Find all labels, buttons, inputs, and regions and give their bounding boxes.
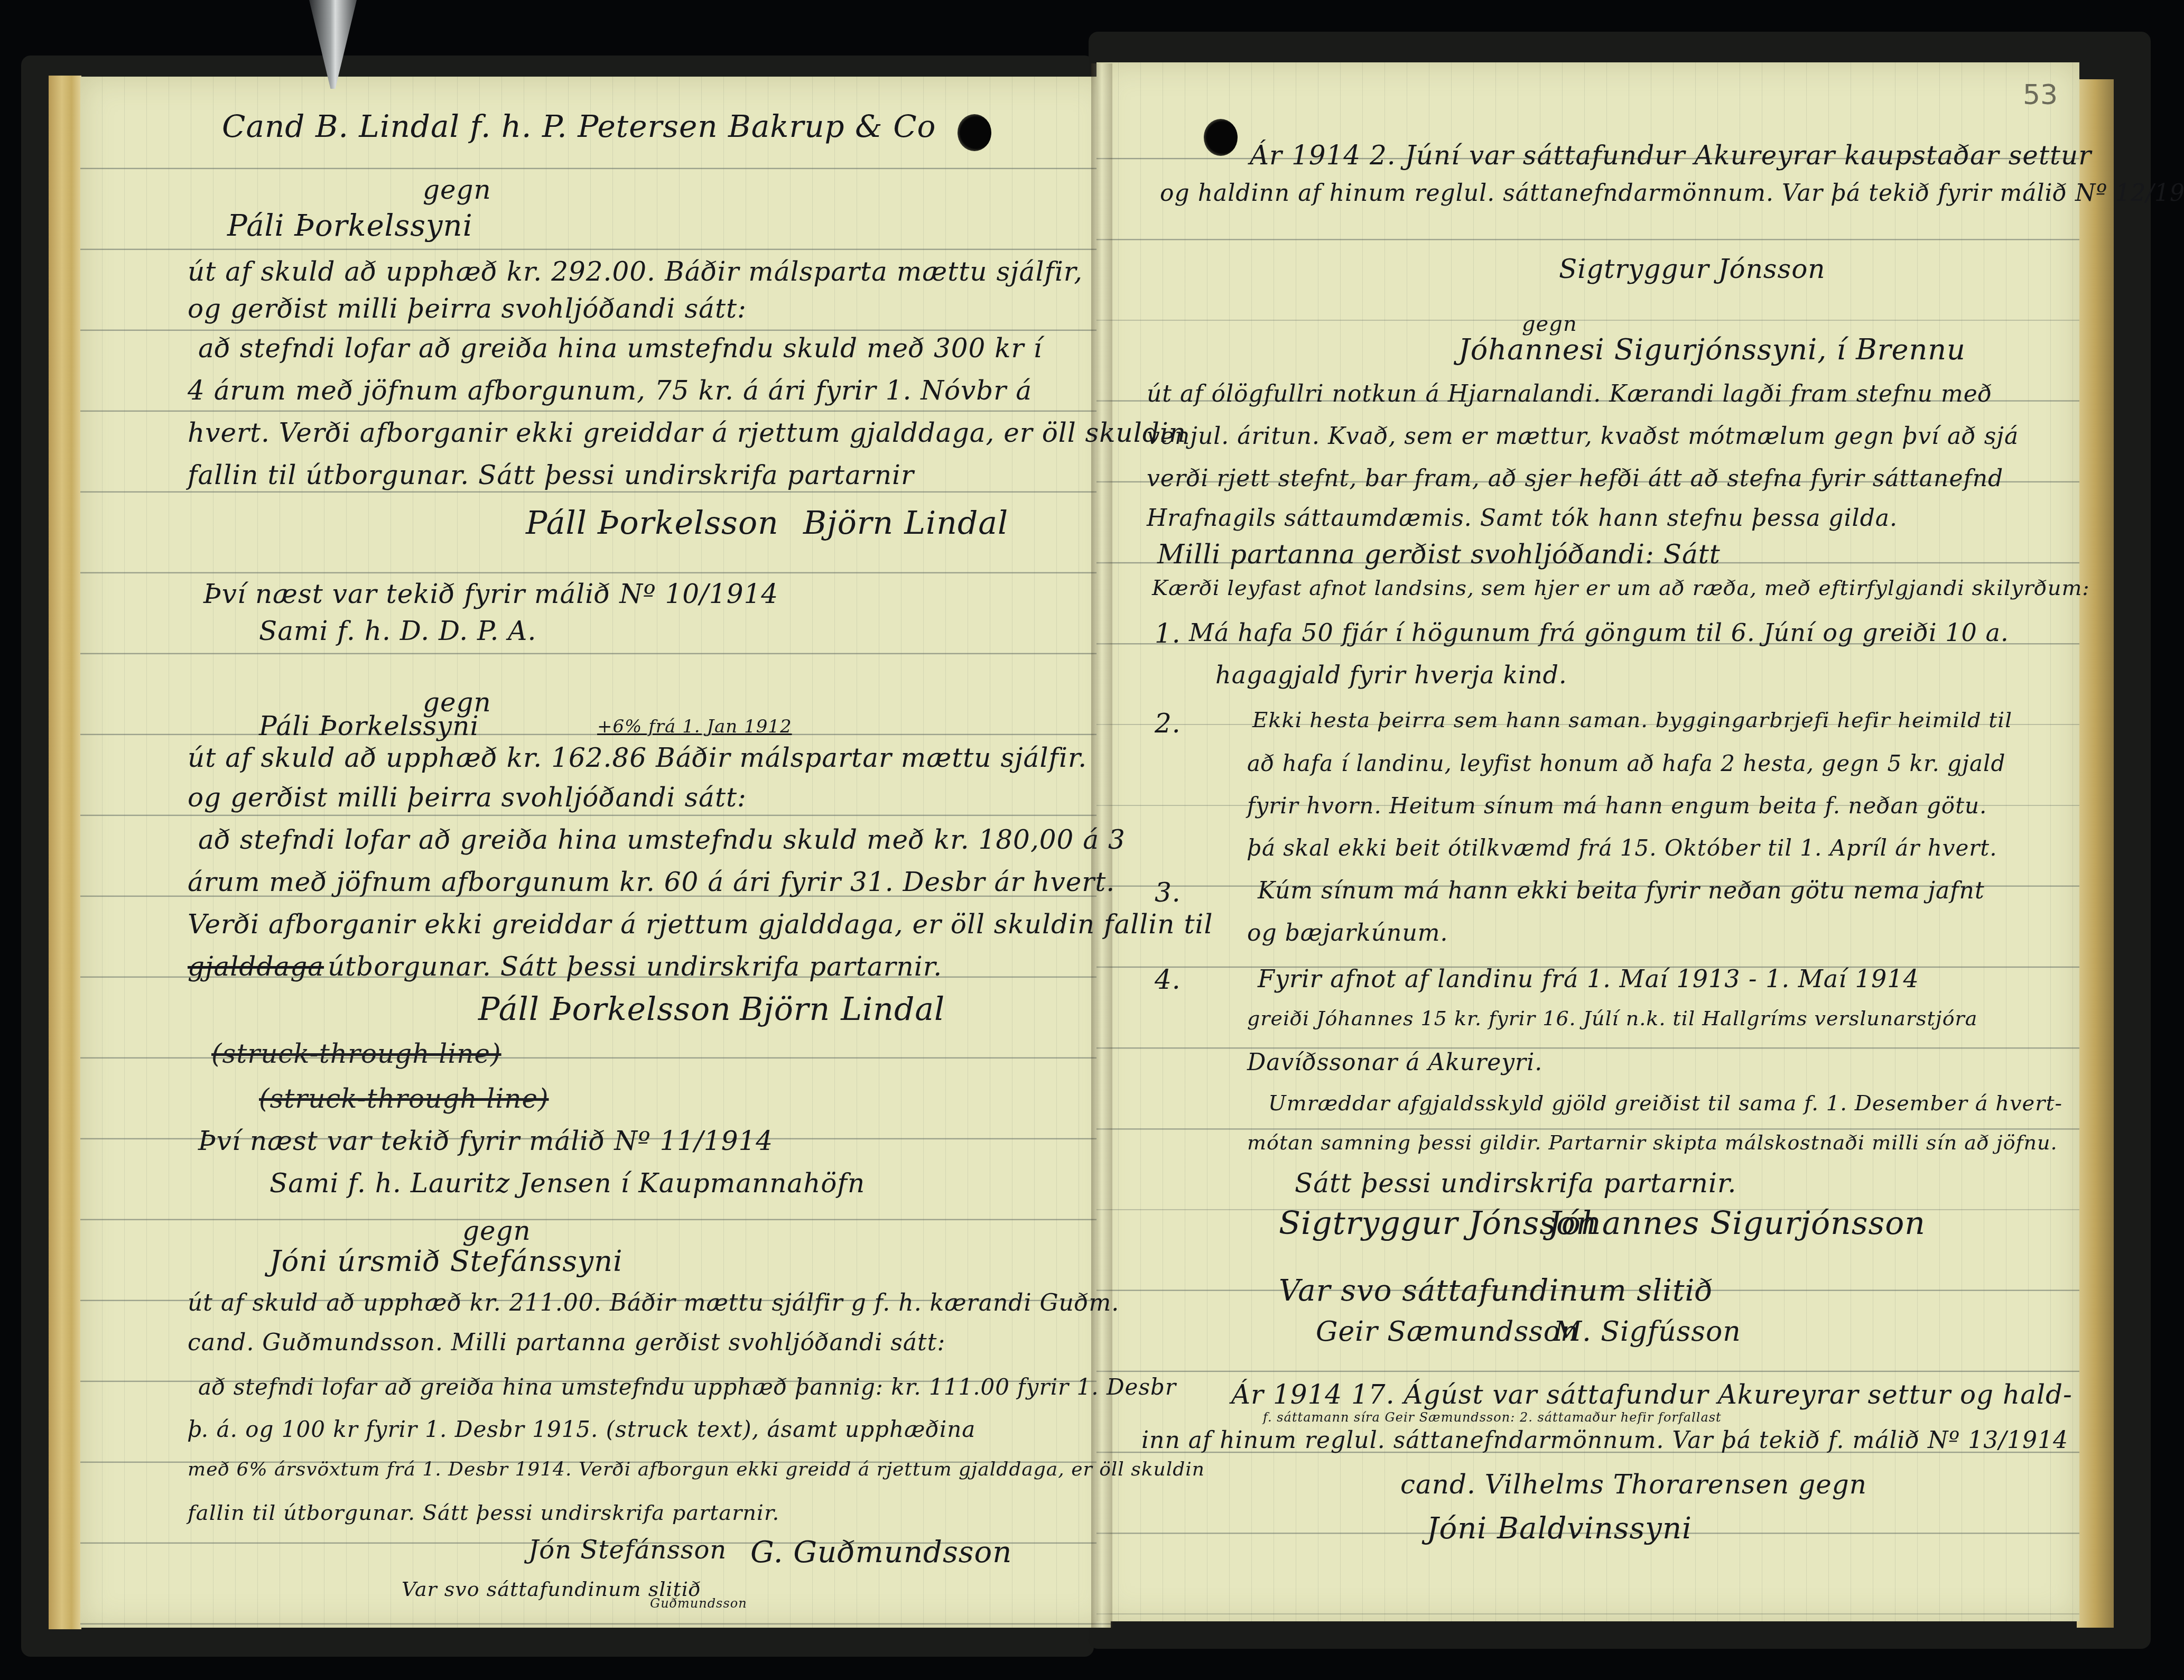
entry1-opening: og haldinn af hinum reglul. sáttanefndar…	[1160, 180, 2184, 207]
case2-signature: Páll Þorkelsson	[478, 991, 731, 1028]
entry1-closing: Var svo sáttafundinum slitið	[1279, 1274, 1713, 1308]
entry1-line: Kærði leyfast afnot landsins, sem hjer e…	[1152, 576, 2090, 600]
case2-struck-line: (struck-through line)	[259, 1083, 549, 1114]
case2-struck-line: (struck-through line)	[211, 1038, 501, 1069]
entry1-defendant: Jóhannesi Sigurjónssyni, í Brennu	[1458, 333, 1966, 366]
entry1-signature: Jóhannes Sigurjónsson	[1548, 1205, 1926, 1242]
case3-line: að stefndi lofar að greiða hina umstefnd…	[198, 1374, 1176, 1400]
entry1-line: Hrafnagils sáttaumdæmis. Samt tók hann s…	[1147, 505, 1898, 532]
case1-line: út af skuld að upphæð kr. 292.00. Báðir …	[188, 256, 1083, 287]
entry2-defendant: Jóni Baldvinssyni	[1427, 1511, 1692, 1546]
case2-plaintiff: Sami f. h. D. D. P. A.	[259, 616, 536, 646]
entry1-after-terms: Sátt þessi undirskrifa partarnir.	[1295, 1168, 1736, 1199]
case3-signature: G. Guðmundsson	[750, 1535, 1012, 1570]
case1-line: og gerðist milli þeirra svohljóðandi sát…	[188, 293, 747, 324]
case3-line: fallin til útborgunar. Sátt þessi undirs…	[188, 1501, 779, 1525]
case2-line: að stefndi lofar að greiða hina umstefnd…	[198, 824, 1126, 855]
case3-closing-initials: Guðmundsson	[650, 1596, 747, 1611]
case1-line: að stefndi lofar að greiða hina umstefnd…	[198, 333, 1042, 364]
case2-line: Verði afborganir ekki greiddar á rjettum…	[188, 909, 1213, 940]
case1-signature: Páll Þorkelsson	[526, 505, 779, 542]
case2-signature: Björn Lindal	[740, 991, 945, 1028]
entry2-opening: Ár 1914 17. Ágúst var sáttafundur Akurey…	[1231, 1379, 2073, 1410]
case3-line: cand. Guðmundsson. Milli partanna gerðis…	[188, 1329, 945, 1356]
case1-defendant: Páli Þorkelssyni	[227, 209, 473, 243]
case3-versus: gegn	[462, 1215, 531, 1246]
entry1-plaintiff: Sigtryggur Jónsson	[1559, 254, 1825, 284]
case3-plaintiff: Sami f. h. Lauritz Jensen í Kaupmannahöf…	[269, 1168, 865, 1199]
term-line: og bæjarkúnum.	[1247, 920, 1448, 946]
case2-line: útborgunar. Sátt þessi undirskrifa parta…	[328, 951, 942, 982]
case3-signature: Jón Stefánsson	[528, 1535, 727, 1565]
case3-heading: Því næst var tekið fyrir málið Nº 11/191…	[198, 1126, 773, 1156]
entry1-after-terms: Umræddar afgjaldsskyld gjöld greiðist ti…	[1268, 1091, 2062, 1116]
term-line: Kúm sínum má hann ekki beita fyrir neðan…	[1258, 877, 1985, 904]
entry1-after-terms: mótan samning þessi gildir. Partarnir sk…	[1247, 1131, 2058, 1154]
case1-signature: Björn Lindal	[803, 505, 1008, 542]
entry2-opening: inn af hinum reglul. sáttanefndarmönnum.…	[1141, 1427, 2068, 1454]
term-line: fyrir hvorn. Heitum sínum má hann engum …	[1247, 793, 1987, 819]
term-line: Fyrir afnot af landinu frá 1. Maí 1913 -…	[1258, 964, 1919, 993]
term-number: 3.	[1155, 877, 1181, 908]
entry1-closing-signature: Geir Sæmundsson	[1316, 1316, 1579, 1348]
entry1-line: verði rjett stefnt, bar fram, að sjer he…	[1147, 465, 2003, 492]
page-edges-left	[49, 76, 81, 1629]
term-line: Davíðssonar á Akureyri.	[1247, 1049, 1542, 1076]
entry1-line: Milli partanna gerðist svohljóðandi: Sát…	[1157, 539, 1721, 570]
entry2-interlinear-note: f. sáttamann síra Geir Sæmundsson: 2. sá…	[1263, 1410, 1722, 1425]
entry1-line: út af ólögfullri notkun á Hjarnalandi. K…	[1147, 380, 1992, 407]
term-line: hagagjald fyrir hverja kind.	[1215, 661, 1567, 689]
entry2-plaintiff: cand. Vilhelms Thorarensen gegn	[1400, 1469, 1867, 1500]
term-line: greiði Jóhannes 15 kr. fyrir 16. Júlí n.…	[1247, 1007, 1977, 1030]
term-line: að hafa í landinu, leyfist honum að hafa…	[1247, 750, 2005, 776]
case3-line: þ. á. og 100 kr fyrir 1. Desbr 1915. (st…	[188, 1416, 975, 1442]
term-number: 1.	[1155, 618, 1181, 649]
term-line: Ekki hesta þeirra sem hann saman. byggin…	[1252, 708, 2012, 732]
punch-hole-left-icon	[958, 114, 991, 151]
case2-line: og gerðist milli þeirra svohljóðandi sát…	[188, 782, 747, 813]
case1-line: 4 árum með jöfnum afborgunum, 75 kr. á á…	[188, 375, 1032, 406]
term-line: Má hafa 50 fjár í högunum frá göngum til…	[1189, 618, 2009, 647]
case2-line: út af skuld að upphæð kr. 162.86 Báðir m…	[188, 742, 1087, 773]
term-number: 2.	[1155, 708, 1181, 739]
page-edges-right	[2077, 79, 2114, 1628]
case3-line: með 6% ársvöxtum frá 1. Desbr 1914. Verð…	[188, 1459, 1205, 1480]
case1-versus: gegn	[423, 174, 491, 205]
entry1-closing-signature: M. Sigfússon	[1554, 1316, 1741, 1348]
punch-hole-right-icon	[1204, 119, 1238, 156]
case2-line: árum með jöfnum afborgunum kr. 60 á ári …	[188, 867, 1115, 897]
term-line: þá skal ekki beit ótilkvæmd frá 15. Októ…	[1247, 835, 1997, 861]
case2-interest-note: +6% frá 1. Jan 1912	[597, 716, 792, 737]
case2-struck-word: gjalddaga	[188, 951, 324, 982]
entry1-line: venjul. áritun. Kvað, sem er mættur, kva…	[1147, 423, 2019, 450]
entry1-opening: Ár 1914 2. Júní var sáttafundur Akureyra…	[1250, 140, 2092, 171]
case2-heading: Því næst var tekið fyrir málið Nº 10/191…	[203, 579, 778, 609]
case3-defendant: Jóni úrsmið Stefánssyni	[269, 1245, 622, 1278]
case1-line: fallin til útborgunar. Sátt þessi undirs…	[188, 460, 914, 490]
case1-title: Cand B. Lindal f. h. P. Petersen Bakrup …	[222, 108, 936, 144]
case3-line: út af skuld að upphæð kr. 211.00. Báðir …	[188, 1289, 1119, 1316]
case1-line: hvert. Verði afborganir ekki greiddar á …	[188, 417, 1186, 448]
term-number: 4.	[1155, 964, 1181, 995]
page-number: 53	[2023, 79, 2058, 111]
case2-defendant: Páli Þorkelssyni	[259, 711, 479, 741]
